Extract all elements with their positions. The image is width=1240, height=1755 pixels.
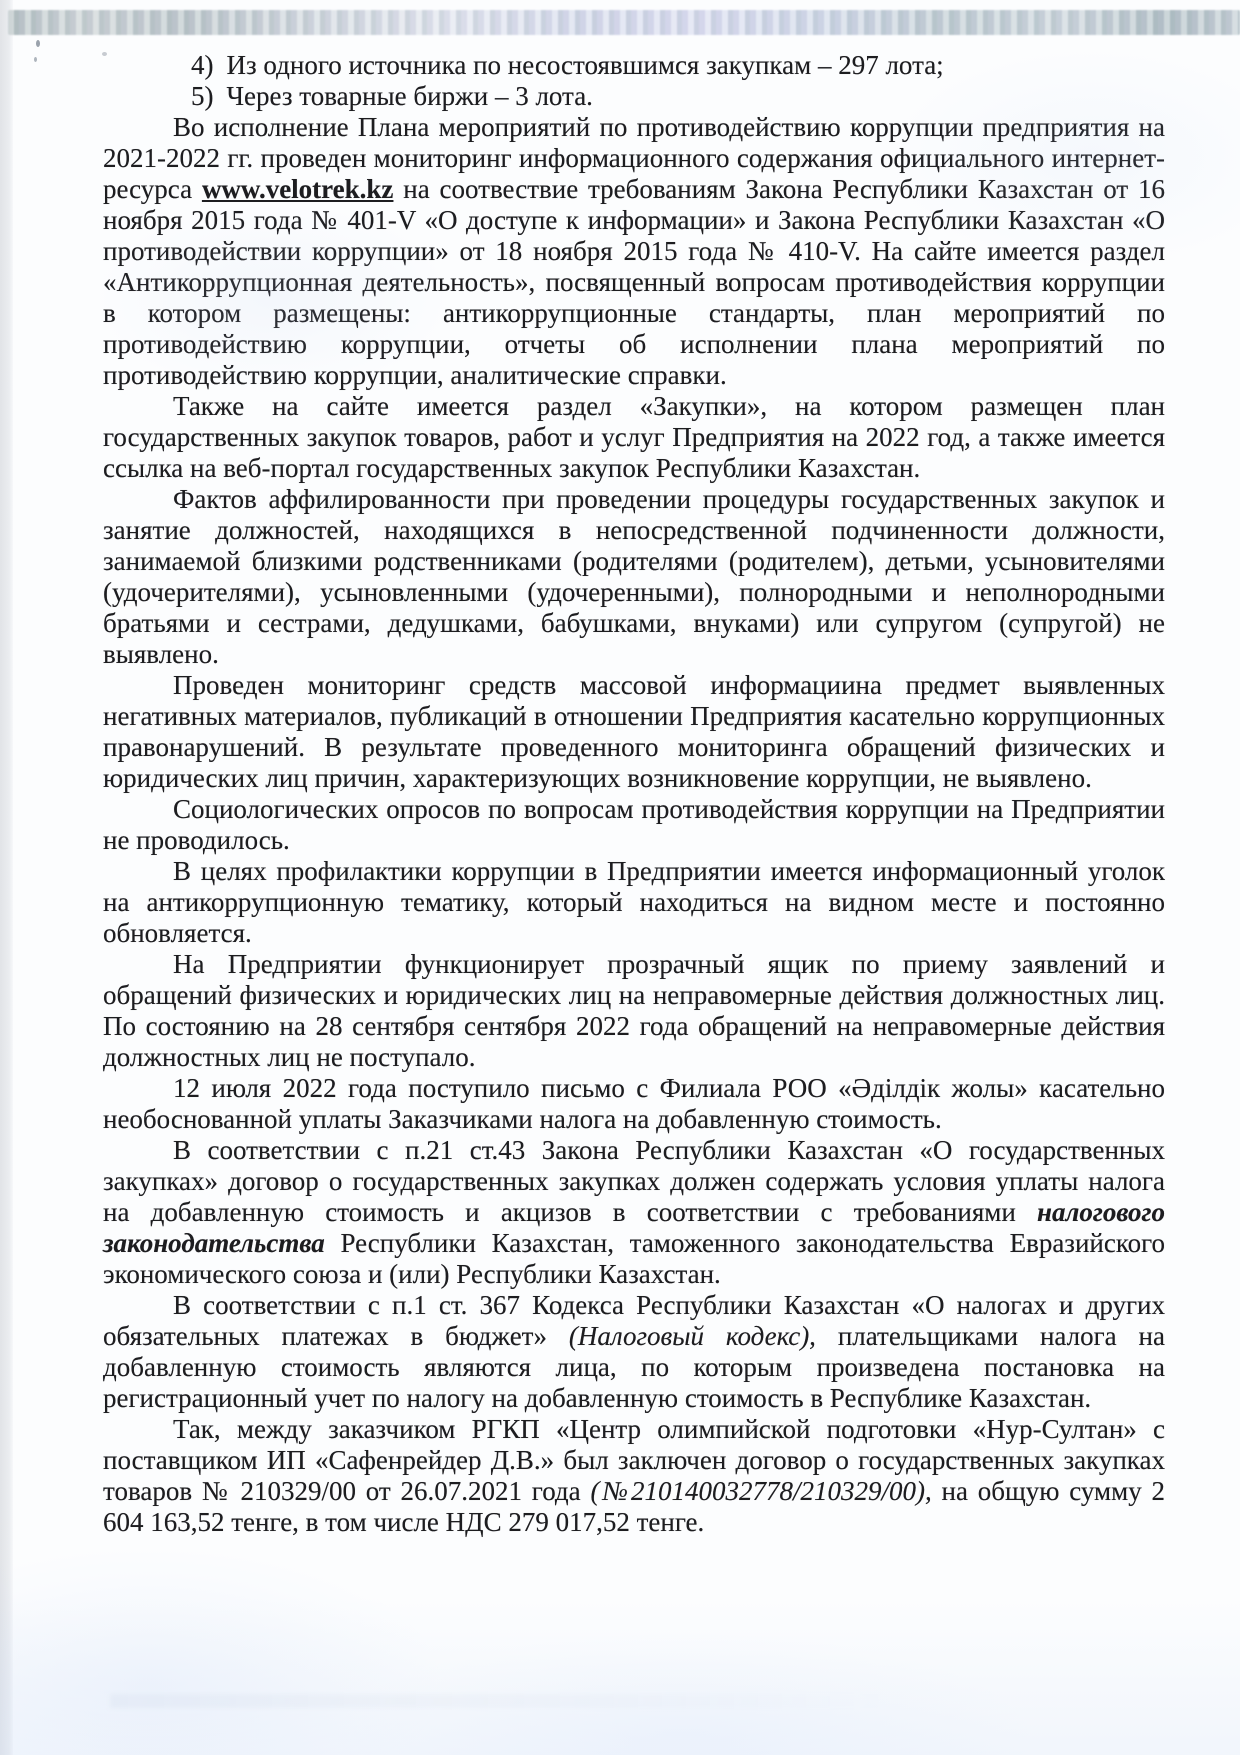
text-run: (Налоговый кодекс),	[569, 1321, 816, 1351]
text-run: Фактов аффилированности при проведении п…	[103, 484, 1165, 669]
text-run: Социологических опросов по вопросам прот…	[103, 794, 1165, 855]
list-item: 4)Из одного источника по несостоявшимся …	[103, 50, 1165, 81]
list-item-number: 4)	[191, 50, 214, 80]
text-run: Также на сайте имеется раздел «Закупки»,…	[103, 391, 1165, 483]
paragraph: Фактов аффилированности при проведении п…	[103, 484, 1165, 670]
text-run: На Предприятии функционирует прозрачный …	[103, 949, 1165, 1072]
paragraph: В соответствии с п.1 ст. 367 Кодекса Рес…	[103, 1290, 1165, 1414]
text-run: Проведен мониторинг средств массовой инф…	[103, 670, 1165, 793]
text-run: (№210140032778/210329/00),	[590, 1476, 931, 1506]
text-run: В целях профилактики коррупции в Предпри…	[103, 856, 1165, 948]
paragraph: На Предприятии функционирует прозрачный …	[103, 949, 1165, 1073]
scan-left-edge-artifact	[0, 0, 13, 1755]
list-item-text: Через товарные биржи – 3 лота.	[227, 81, 593, 111]
paragraph: В целях профилактики коррупции в Предпри…	[103, 856, 1165, 949]
paragraphs: Во исполнение Плана мероприятий по проти…	[103, 112, 1165, 1538]
list-item-text: Из одного источника по несостоявшимся за…	[227, 50, 944, 80]
list-item-number: 5)	[191, 81, 214, 111]
paragraph: Также на сайте имеется раздел «Закупки»,…	[103, 391, 1165, 484]
paragraph: Во исполнение Плана мероприятий по проти…	[103, 112, 1165, 391]
text-run: на соотвествие требованиям Закона Респуб…	[103, 174, 1165, 390]
paragraph: Проведен мониторинг средств массовой инф…	[103, 670, 1165, 794]
scan-mark-artifact	[36, 40, 40, 47]
scanned-document-page: 4)Из одного источника по несостоявшимся …	[0, 0, 1240, 1755]
scan-ghost-text-artifact	[110, 1694, 890, 1708]
scan-mark-artifact	[34, 57, 37, 62]
paragraph: Так, между заказчиком РГКП «Центр олимпи…	[103, 1414, 1165, 1538]
document-content: 4)Из одного источника по несостоявшимся …	[103, 50, 1165, 1538]
text-run: 12 июля 2022 года поступило письмо с Фил…	[103, 1073, 1165, 1134]
scan-top-band-artifact	[8, 10, 1240, 35]
list-item: 5)Через товарные биржи – 3 лота.	[103, 81, 1165, 112]
text-run: В соответствии с п.21 ст.43 Закона Респу…	[103, 1135, 1165, 1227]
paragraph: В соответствии с п.21 ст.43 Закона Респу…	[103, 1135, 1165, 1290]
url-link-text: www.velotrek.kz	[202, 174, 393, 204]
paragraph: 12 июля 2022 года поступило письмо с Фил…	[103, 1073, 1165, 1135]
paragraph: Социологических опросов по вопросам прот…	[103, 794, 1165, 856]
